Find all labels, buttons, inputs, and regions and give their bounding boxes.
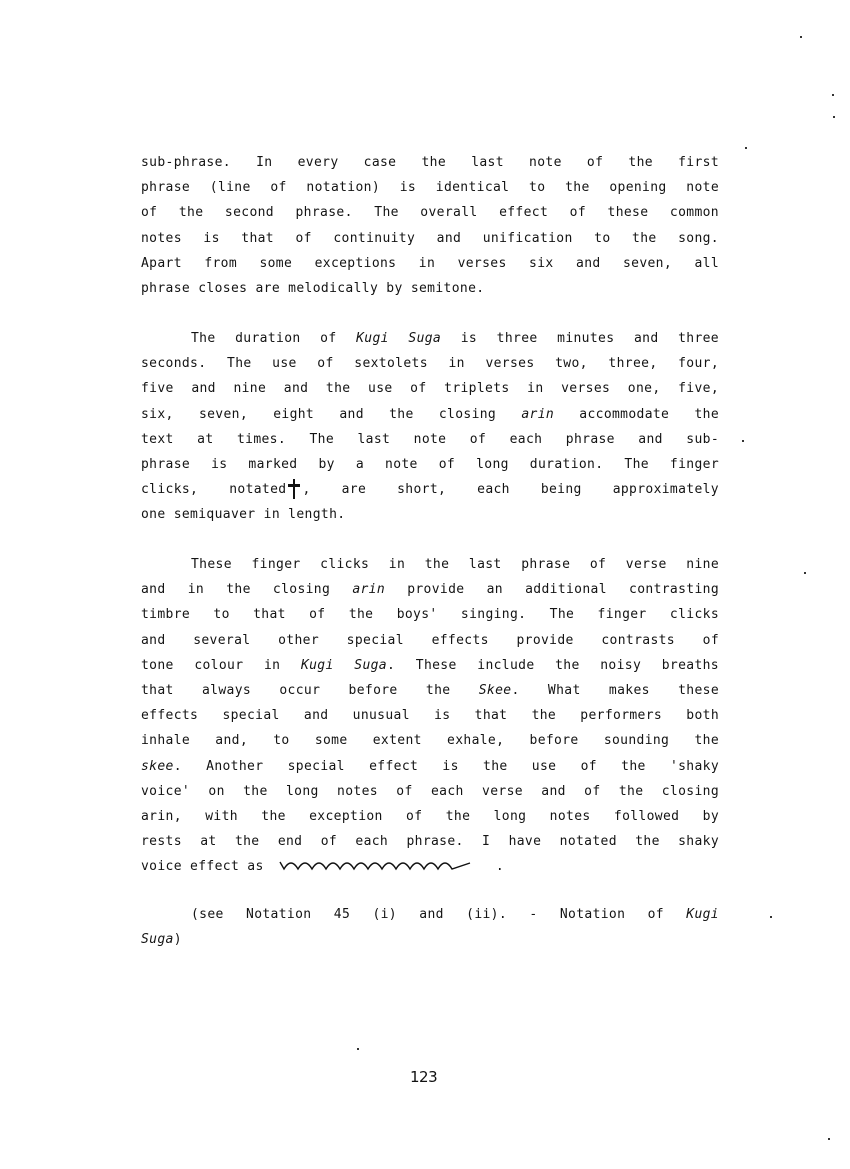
italic-term: Kugi Suga [301, 658, 387, 673]
text-line: six, seven, eight and the closing arin a… [141, 402, 719, 427]
text-line: timbre to that of the boys' singing. The… [141, 602, 719, 627]
text-run: . [488, 859, 504, 874]
text-line: The duration of Kugi Suga is three minut… [141, 326, 719, 351]
text-run: (see Notation 45 (i) and (ii). - Notatio… [191, 907, 686, 922]
text-line: inhale and, to some extent exhale, befor… [141, 728, 719, 753]
scan-speck [828, 1138, 830, 1140]
text-run: and in the closing [141, 582, 352, 597]
text-line: sub-phrase. In every case the last note … [141, 150, 719, 175]
italic-term: arin [352, 582, 385, 597]
text-line: tone colour in Kugi Suga. These include … [141, 653, 719, 678]
text-line: phrase closes are melodically by semiton… [141, 276, 719, 301]
text-run: six, seven, eight and the closing [141, 407, 521, 422]
italic-term: Suga [141, 932, 174, 947]
text-line: Apart from some exceptions in verses six… [141, 251, 719, 276]
text-line: skee. Another special effect is the use … [141, 754, 719, 779]
text-line: text at times. The last note of each phr… [141, 427, 719, 452]
text-line: Suga) [141, 927, 719, 952]
text-line: voice' on the long notes of each verse a… [141, 779, 719, 804]
page-number: 123 [410, 1068, 437, 1086]
text-line: effects special and unusual is that the … [141, 703, 719, 728]
text-line: one semiquaver in length. [141, 502, 719, 527]
text-line: notes is that of continuity and unificat… [141, 226, 719, 251]
text-run: ) [174, 932, 182, 947]
text-line: phrase (line of notation) is identical t… [141, 175, 719, 200]
text-line: voice effect as . [141, 854, 719, 879]
text-run: . Another special effect is the use of t… [174, 759, 719, 774]
text-run: voice effect as [141, 859, 264, 874]
text-line: seconds. The use of sextolets in verses … [141, 351, 719, 376]
scan-speck [804, 572, 806, 574]
text-line: phrase is marked by a note of long durat… [141, 452, 719, 477]
text-line: (see Notation 45 (i) and (ii). - Notatio… [141, 902, 719, 927]
text-run: is three minutes and three [441, 331, 719, 346]
text-run: provide an additional contrasting [385, 582, 719, 597]
text-run: tone colour in [141, 658, 301, 673]
text-line: rests at the end of each phrase. I have … [141, 829, 719, 854]
italic-term: Skee [479, 683, 512, 698]
text-run: . What makes these [511, 683, 719, 698]
text-line: and in the closing arin provide an addit… [141, 577, 719, 602]
text-run: , are short, each being approximately [302, 482, 719, 497]
scan-speck [833, 116, 835, 118]
italic-term: Kugi Suga [356, 331, 441, 346]
paragraph-phrase-structure: sub-phrase. In every case the last note … [141, 150, 719, 301]
scan-speck [800, 36, 802, 38]
italic-term: Kugi [686, 907, 719, 922]
italic-term: arin [521, 407, 554, 422]
text-run: that always occur before the [141, 683, 479, 698]
text-line: that always occur before the Skee. What … [141, 678, 719, 703]
text-run: The duration of [191, 331, 356, 346]
text-line: These finger clicks in the last phrase o… [141, 552, 719, 577]
finger-click-notation-icon [287, 479, 301, 499]
scan-speck [742, 440, 744, 442]
scan-speck [745, 147, 747, 149]
paragraph-duration: The duration of Kugi Suga is three minut… [141, 326, 719, 528]
document-page: sub-phrase. In every case the last note … [0, 0, 850, 1169]
paragraph-finger-clicks: These finger clicks in the last phrase o… [141, 552, 719, 879]
text-line: clicks, notated, are short, each being a… [141, 477, 719, 502]
text-line: arin, with the exception of the long not… [141, 804, 719, 829]
scan-speck [357, 1048, 359, 1050]
text-line: and several other special effects provid… [141, 628, 719, 653]
scan-speck [770, 916, 772, 918]
italic-term: skee [141, 759, 174, 774]
text-run: . These include the noisy breaths [387, 658, 719, 673]
paragraph-notation-reference: (see Notation 45 (i) and (ii). - Notatio… [141, 902, 719, 952]
shaky-voice-wavy-line-icon [278, 859, 488, 871]
text-run: clicks, notated [141, 482, 286, 497]
text-line: five and nine and the use of triplets in… [141, 376, 719, 401]
scan-speck [832, 94, 834, 96]
text-run: accommodate the [554, 407, 719, 422]
text-line: of the second phrase. The overall effect… [141, 200, 719, 225]
